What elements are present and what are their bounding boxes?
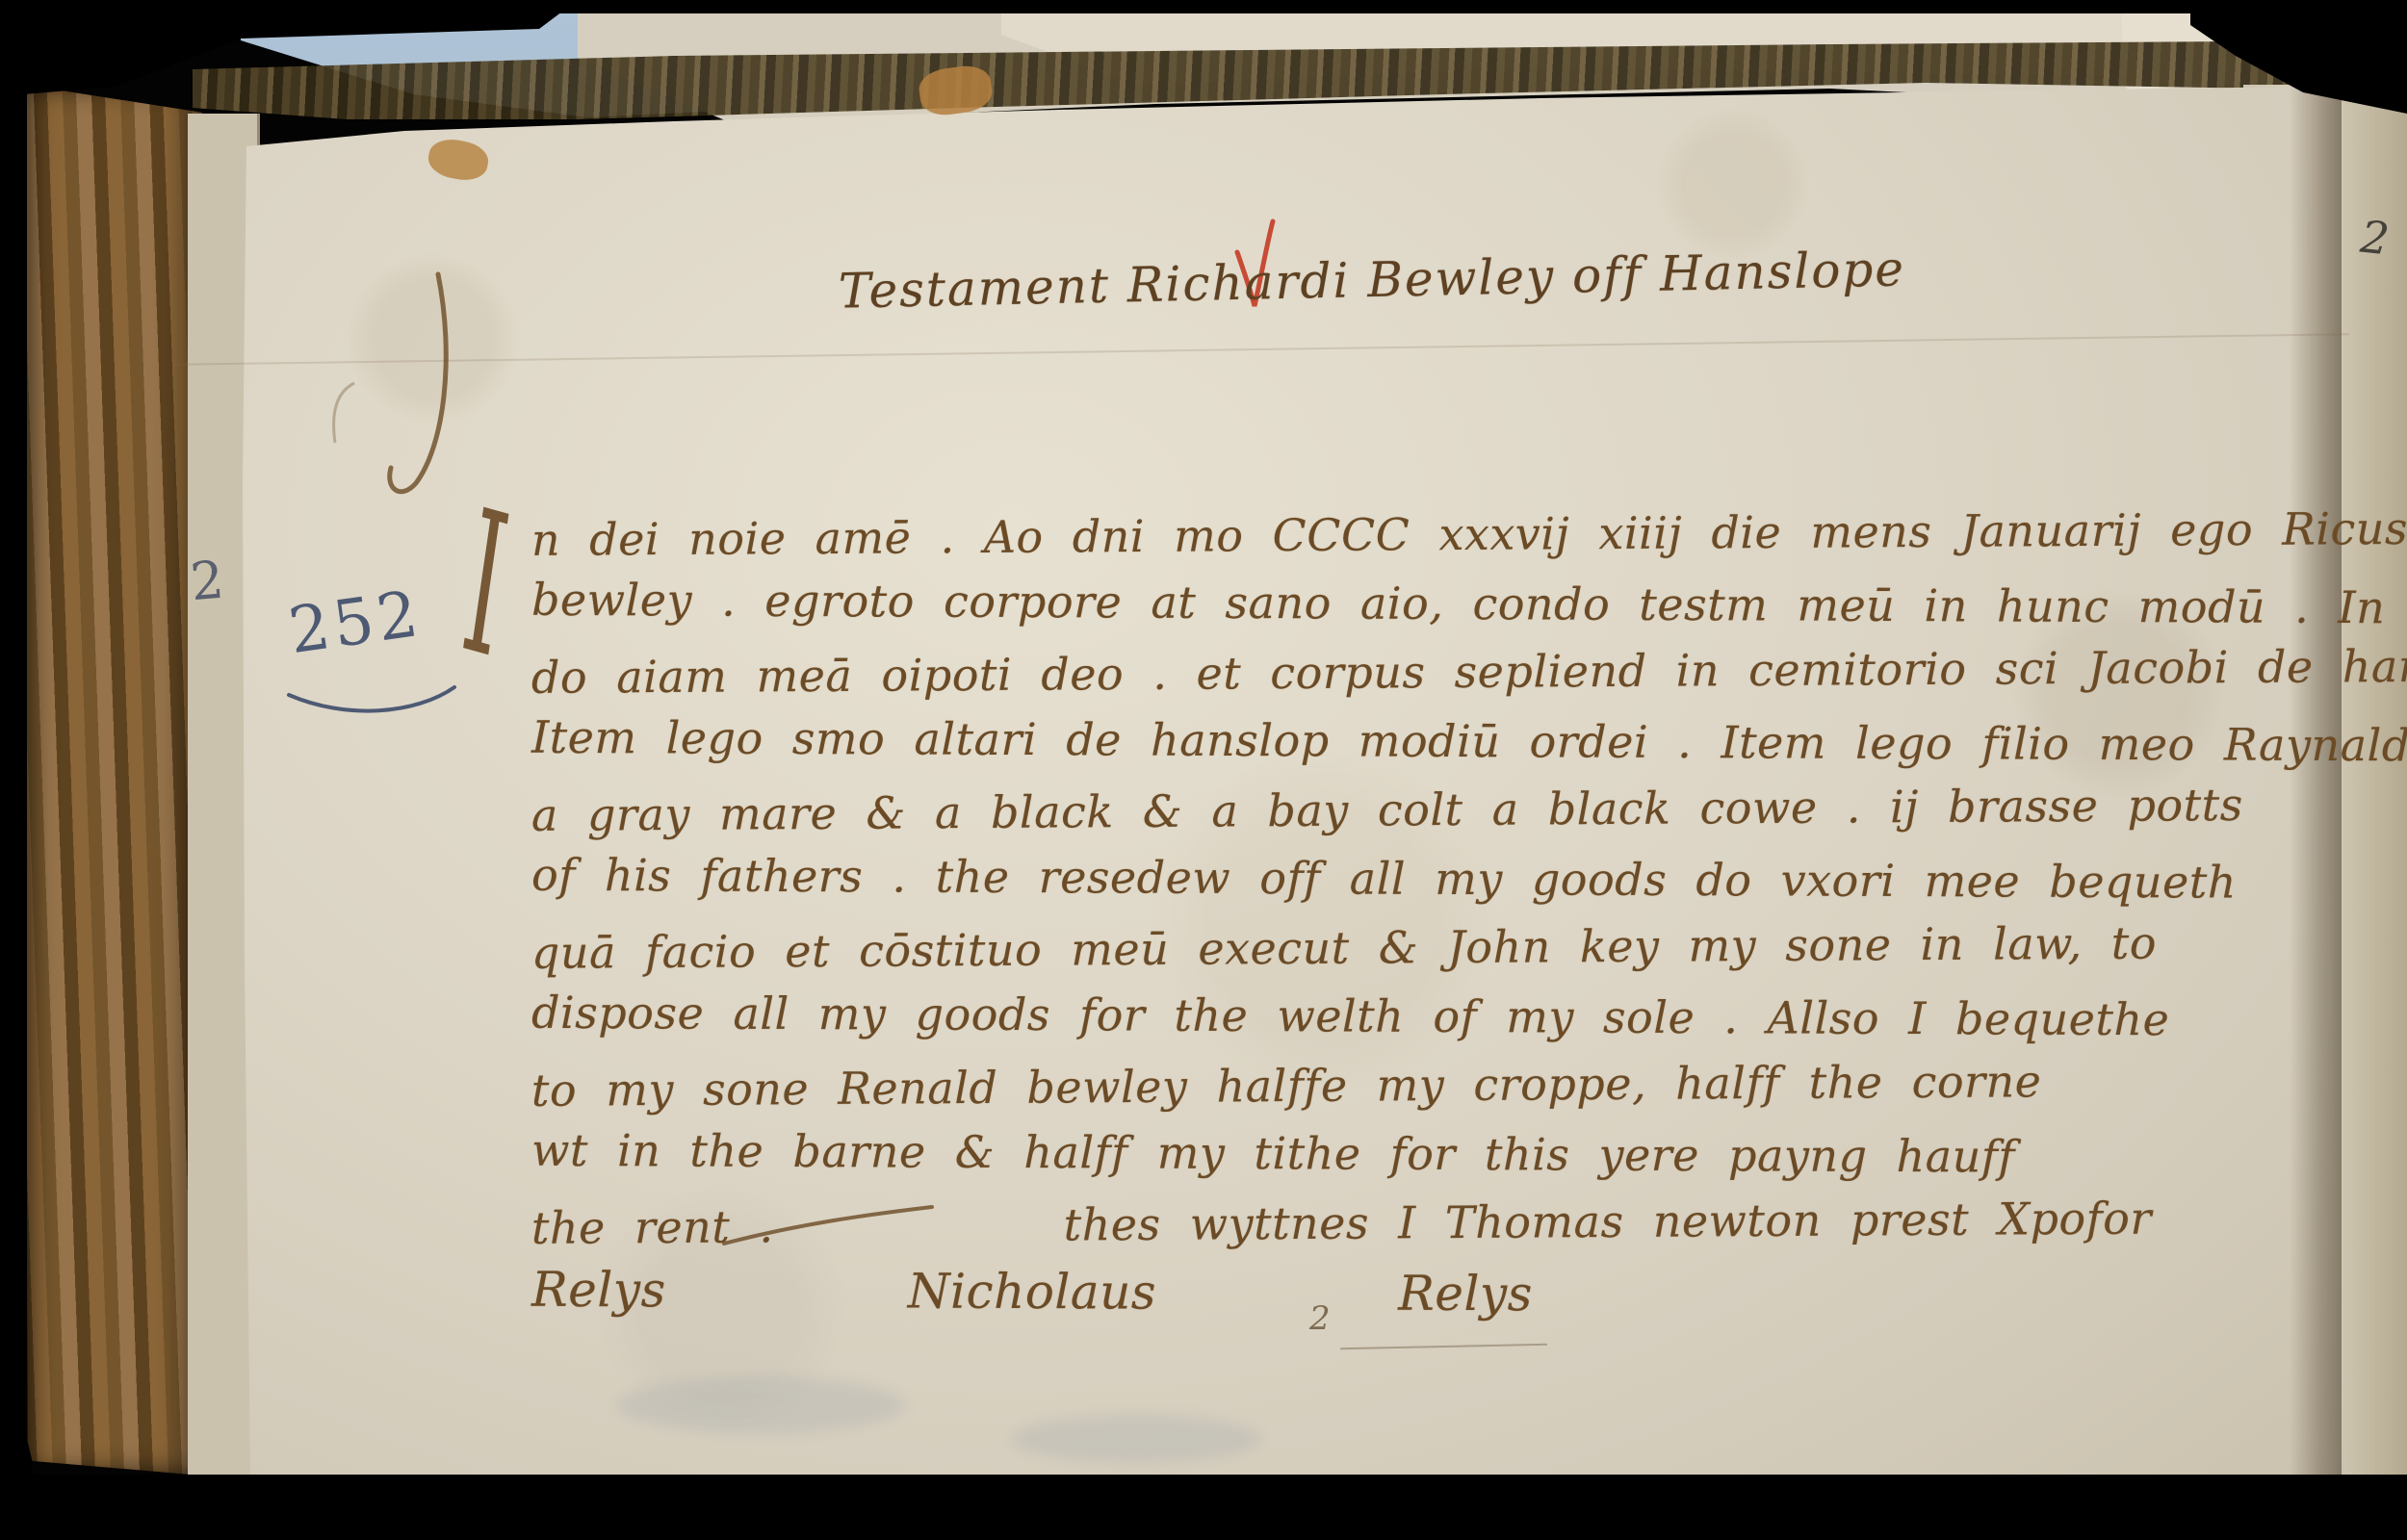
post-signature-underline bbox=[1340, 1344, 1547, 1350]
text-line: wt in the barne & halff my tithe for thi… bbox=[531, 1123, 2380, 1200]
text-line: dispose all my goods for the welth of my… bbox=[531, 986, 2380, 1063]
archive-photo: Testament Richardi Bewley off Hanslope 2… bbox=[0, 0, 2407, 1540]
post-signature-mark: 2 bbox=[1309, 1299, 1331, 1338]
page-corner-crease bbox=[334, 383, 354, 443]
photo-black-border-bottom bbox=[0, 1475, 2407, 1540]
paper-tab-top-right bbox=[2121, 0, 2269, 90]
text-line: of his fathers . the resedew off all my … bbox=[531, 848, 2380, 925]
right-edge-mark: 2 bbox=[2358, 211, 2392, 266]
edge-number: 2 bbox=[188, 550, 226, 613]
torn-paper-stain bbox=[917, 63, 995, 118]
initial-letter-I: I bbox=[463, 481, 509, 689]
faint-crease-line bbox=[173, 333, 2349, 366]
folio-underline-swash bbox=[289, 687, 454, 711]
text-line: do aiam meā oipoti deo . et corpus sepli… bbox=[531, 640, 2380, 720]
text-line: to my sone Renald bewley halffe my cropp… bbox=[531, 1053, 2380, 1133]
signature-line: Relys Nicholaus Relys bbox=[531, 1261, 2380, 1338]
text-line: a gray mare & a black & a bay colt a bla… bbox=[531, 778, 2380, 858]
text-line: n dei noie amē . Ao dni mo CCCC xxxvij x… bbox=[531, 502, 2380, 582]
text-line: Item lego smo altari de hanslop modiū or… bbox=[531, 710, 2380, 787]
document-title: Testament Richardi Bewley off Hanslope bbox=[761, 240, 1984, 321]
photo-black-border-left bbox=[0, 0, 27, 1540]
folio-number: 252 bbox=[284, 577, 426, 668]
leather-book-spine bbox=[24, 85, 202, 1475]
photo-black-border-top bbox=[0, 0, 2407, 13]
text-line: quā facio et cōstituo meū execut & John … bbox=[531, 915, 2380, 995]
under-page-edge bbox=[188, 114, 260, 1475]
show-through-smudge bbox=[1011, 1415, 1261, 1463]
text-line: the rent . thes wyttnes I Thomas newton … bbox=[531, 1191, 2380, 1270]
text-line: bewley . egroto corpore at sano aio, con… bbox=[531, 573, 2380, 650]
torn-paper-stain bbox=[426, 136, 491, 184]
margin-pen-flourish bbox=[390, 274, 447, 492]
will-text-block: n dei noie amē . Ao dni mo CCCC xxxvij x… bbox=[531, 508, 2380, 1334]
show-through-smudge bbox=[616, 1376, 905, 1434]
